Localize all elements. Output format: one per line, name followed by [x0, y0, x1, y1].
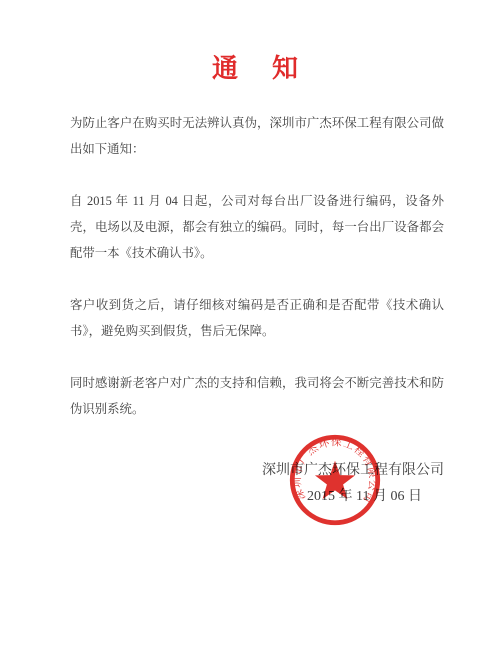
paragraph-thanks: 同时感谢新老客户对广杰的支持和信赖，我司将会不断完善技术和防伪识别系统。 — [70, 370, 444, 422]
paragraph-customer-check: 客户收到货之后，请仔细核对编码是否正确和是否配带《技术确认书》，避免购买到假货，… — [70, 292, 444, 344]
paragraph-coding-policy: 自 2015 年 11 月 04 日起，公司对每台出厂设备进行编码，设备外壳，电… — [70, 188, 444, 266]
signature-company: 深圳市广杰环保工程有限公司 — [70, 458, 444, 484]
document-content: 通 知 为防止客户在购买时无法辨认真伪，深圳市广杰环保工程有限公司做出如下通知：… — [0, 0, 503, 510]
notice-title: 通 知 — [70, 50, 444, 88]
signature-block: 深圳市广杰环保工程有限公司 2015 年 11 月 06 日 — [70, 458, 444, 510]
notice-document: 通 知 为防止客户在购买时无法辨认真伪，深圳市广杰环保工程有限公司做出如下通知：… — [0, 0, 503, 667]
paragraph-intro: 为防止客户在购买时无法辨认真伪，深圳市广杰环保工程有限公司做出如下通知： — [70, 110, 444, 162]
signature-date: 2015 年 11 月 06 日 — [70, 484, 444, 510]
